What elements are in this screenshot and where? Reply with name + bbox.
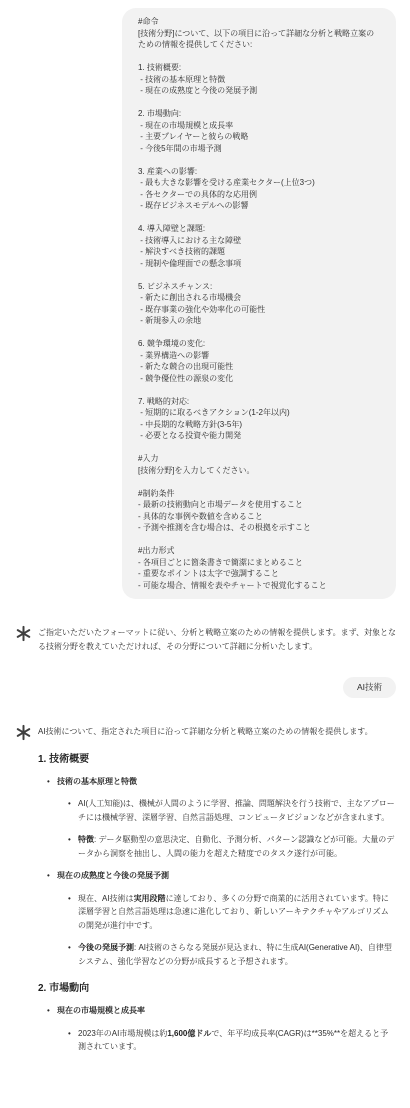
openai-logo-icon [15,724,32,741]
bullet-title: 技術の基本原理と特徴 [57,777,137,786]
list-item: 技術の基本原理と特徴 AI(人工知能)は、機械が人間のように学習、推論、問題解決… [47,775,396,861]
list-item: 2023年のAI市場規模は約1,600億ドルで、年平均成長率(CAGR)は**3… [68,1027,396,1054]
market-trends-list: 現在の市場規模と成長率 2023年のAI市場規模は約1,600億ドルで、年平均成… [38,1004,396,1054]
bullet-title: 現在の成熟度と今後の発展予測 [57,871,169,880]
assistant-1-content: ご指定いただいたフォーマットに従い、分析と戦略立案のための情報を提供します。まず… [38,623,396,653]
assistant-avatar [14,723,32,741]
user-prompt-bubble: #命令 [技術分野]について、以下の項目に沿って詳細な分析と戦略立案のための情報… [122,8,396,599]
user-message-reply: AI技術 [14,677,396,698]
list-item: 特徴: データ駆動型の意思決定、自動化、予測分析、パターン認識などが可能。大量の… [68,833,396,860]
bullet-title: 現在の市場規模と成長率 [57,1006,145,1015]
assistant-avatar [14,624,32,642]
assistant-2-content: AI技術について、指定された項目に沿って詳細な分析と戦略立案のための情報を提供し… [38,722,396,1064]
assistant-message-1: ご指定いただいたフォーマットに従い、分析と戦略立案のための情報を提供します。まず… [14,623,396,653]
list-item: AI(人工知能)は、機械が人間のように学習、推論、問題解決を行う技術で、主なアプ… [68,797,396,824]
assistant-message-2: AI技術について、指定された項目に沿って詳細な分析と戦略立案のための情報を提供し… [14,722,396,1064]
assistant-2-intro: AI技術について、指定された項目に沿って詳細な分析と戦略立案のための情報を提供し… [38,725,396,739]
tech-overview-list: 技術の基本原理と特徴 AI(人工知能)は、機械が人間のように学習、推論、問題解決… [38,775,396,969]
chat-thread: #命令 [技術分野]について、以下の項目に沿って詳細な分析と戦略立案のための情報… [0,0,410,1108]
list-item: 現在の成熟度と今後の発展予測 現在、AI技術は実用段階に達しており、多くの分野で… [47,869,396,968]
list-item: 今後の発展予測: AI技術のさらなる発展が見込まれ、特に生成AI(Generat… [68,941,396,968]
openai-logo-icon [15,625,32,642]
user-reply-bubble: AI技術 [343,677,396,698]
list-item: 現在、AI技術は実用段階に達しており、多くの分野で商業的に活用されています。特に… [68,892,396,933]
section-heading-tech-overview: 1. 技術概要 [38,753,396,766]
section-heading-market-trends: 2. 市場動向 [38,982,396,995]
user-message-prompt: #命令 [技術分野]について、以下の項目に沿って詳細な分析と戦略立案のための情報… [14,8,396,599]
list-item: 現在の市場規模と成長率 2023年のAI市場規模は約1,600億ドルで、年平均成… [47,1004,396,1054]
assistant-1-text: ご指定いただいたフォーマットに従い、分析と戦略立案のための情報を提供します。まず… [38,626,396,653]
